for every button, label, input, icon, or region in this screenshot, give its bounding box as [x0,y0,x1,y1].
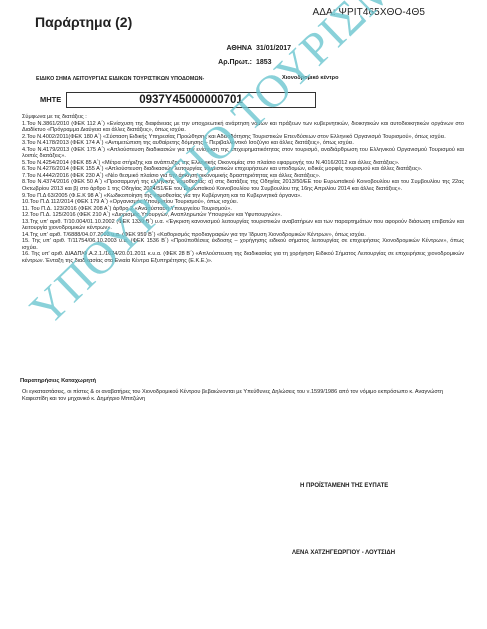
protocol-row: Αρ.Πρωτ.:1853 [212,59,272,66]
date-row: ΑΘΗΝΑ31/01/2017 [222,45,291,52]
mhte-number-box: 0937Υ45000000701 [66,92,316,108]
place-label: ΑΘΗΝΑ [222,45,252,52]
provision-item: 4.Του Ν.4179/2013 (ΦΕΚ 175 Α΄) «Απλούστε… [22,147,464,160]
provision-item: 1.Του Ν.3861/2010 (ΦΕΚ 112 Α΄) «Ενίσχυση… [22,121,464,134]
document-page: ΑΔΑ: ΨΡΙΤ465ΧΘΟ-4Θ5 Παράρτημα (2) ΑΘΗΝΑ3… [0,0,487,629]
mhte-label: ΜΗΤΕ [40,95,61,104]
sign-type: ΕΙΔΙΚΟ ΣΗΜΑ ΛΕΙΤΟΥΡΓΙΑΣ ΕΙΔΙΚΩΝ ΤΟΥΡΙΣΤΙ… [36,76,204,82]
page-title: Παράρτημα (2) [35,14,132,30]
sign-category: Χιονοδρομικό κέντρο [282,75,339,81]
provision-item: 6.Του Ν.4276/2014 (ΦΕΚ 155 Α΄) «Απλούστε… [22,166,464,173]
signer-role: Η ΠΡΟΪΣΤΑΜΕΝΗ ΤΗΣ ΕΥΠΑΤΕ [300,483,388,489]
ada-code: ΑΔΑ: ΨΡΙΤ465ΧΘΟ-4Θ5 [312,7,425,18]
protocol-label: Αρ.Πρωτ.: [212,59,252,66]
signer-name: ΛΕΝΑ ΧΑΤΖΗΓΕΩΡΓΙΟΥ - ΛΟΥΤΣΙΔΗ [292,550,395,556]
provision-item: 16. Της υπ' αριθ. ΔΙΑΔΠ/Φ.Α.2.1./1624/20… [22,251,464,264]
provision-item: 8.Του Ν.4374/2016 (ΦΕΚ 50 Α΄) «Προσαρμογ… [22,179,464,192]
provision-item: 15. Της υπ' αριθ. Τ/11754/06.10.2003 υ.α… [22,238,464,251]
provision-item: 13.Της υπ' αριθ. Τ/10.004/01.10.2002 (ΦΕ… [22,219,464,232]
protocol-number: 1853 [256,59,272,66]
provisions-list: Σύμφωνα με τις διατάξεις : 1.Του Ν.3861/… [22,114,464,265]
document-date: 31/01/2017 [256,45,291,52]
remarks-text: Οι εγκαταστάσεις, οι πίστες & οι αναβατή… [22,389,462,402]
remarks-title: Παρατηρήσεις Καταχωρητή [20,378,96,384]
